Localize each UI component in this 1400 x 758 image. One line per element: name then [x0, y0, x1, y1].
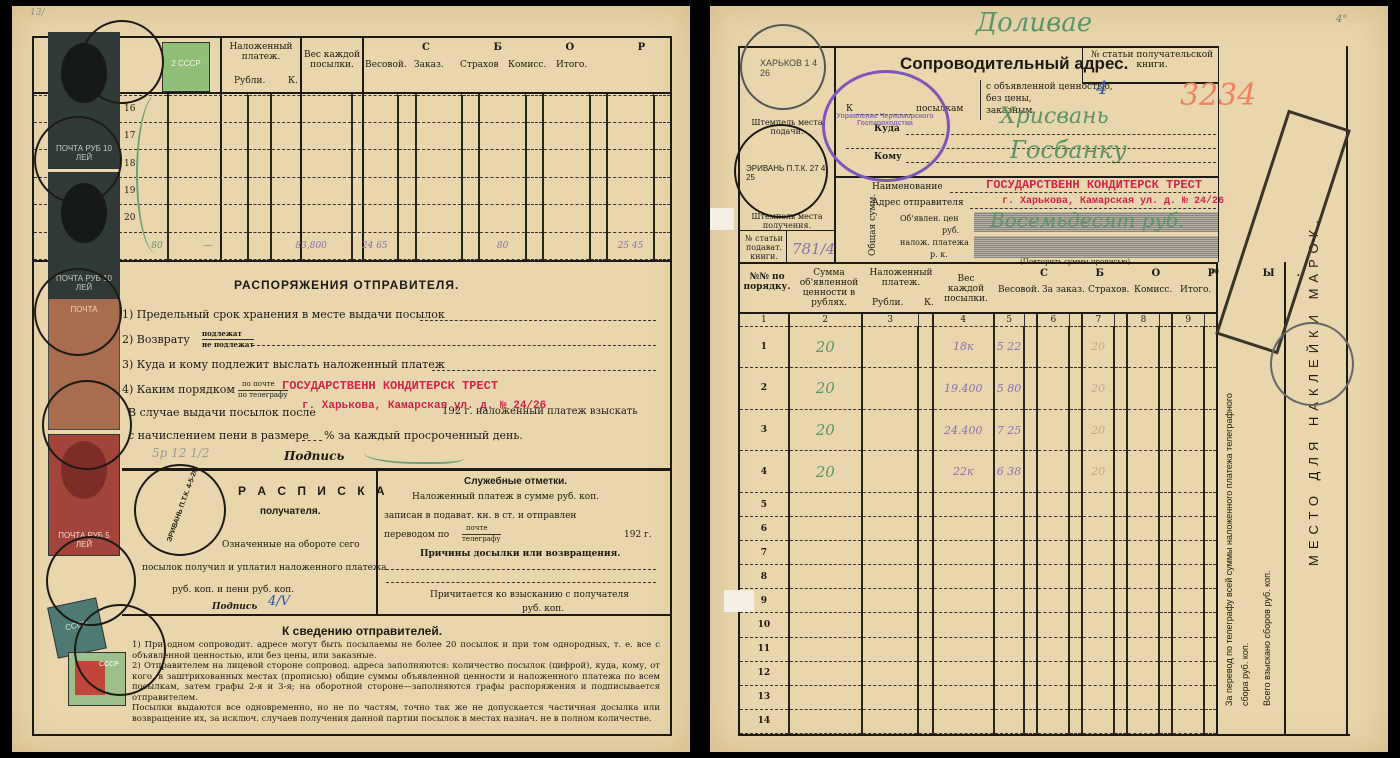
- service-line1: Наложенный платеж в сумме руб. коп.: [412, 492, 599, 502]
- header-cod-k: К.: [288, 76, 298, 86]
- telegraph-fee-line: сбора руб. коп.: [1240, 643, 1250, 706]
- service-opt-mail: почте: [466, 524, 488, 532]
- sender-address-value: г. Харькова, Камарская ул. д. № 24/26: [1002, 196, 1224, 207]
- order-late-delivery: В случае выдачи посылок после: [128, 406, 316, 419]
- sender-red-stamp-line1: ГОСУДАРСТВЕНН КОНДИТЕРСК ТРЕСТ: [282, 379, 498, 393]
- purple-seal: Управление Черноморского Госпароходства: [822, 70, 950, 182]
- paper-tape: [724, 590, 754, 612]
- service-marks-title: Служебные отметки.: [464, 476, 567, 487]
- total-total: 25 45: [607, 232, 653, 259]
- column-number-10: 10: [1210, 268, 1219, 276]
- notice-title: К сведению отправителей.: [282, 624, 442, 638]
- total-sums-label: Общая сумм.: [868, 194, 878, 256]
- pen-squiggle: [136, 94, 178, 254]
- header-cod: Наложенный платеж.: [226, 42, 296, 62]
- header-no: №№ по порядку.: [742, 272, 792, 292]
- header-cod-rub: Рубли.: [872, 298, 903, 308]
- notice-paragraph-2: 2) Отправителем на лицевой стороне сопро…: [132, 661, 660, 703]
- name-value: ГОСУДАРСТВЕНН КОНДИТЕРСК ТРЕСТ: [986, 178, 1202, 192]
- header-commission: Комисс.: [508, 60, 546, 70]
- service-year: 192 г.: [624, 530, 652, 540]
- due-line: руб. коп.: [522, 604, 564, 614]
- postmark-circle: [1270, 322, 1354, 406]
- header-total: Итого.: [556, 60, 587, 70]
- table-row: 13: [740, 685, 1216, 709]
- whom-value: Госбанку: [1010, 136, 1127, 164]
- due-label: Причитается ко взысканию с получателя: [430, 590, 629, 600]
- service-opt-telegraph: телеграфу: [462, 534, 501, 543]
- sender-orders-title: РАСПОРЯЖЕНИЯ ОТПРАВИТЕЛЯ.: [234, 278, 459, 292]
- parcel-form-back: 13/ Наложенный платеж. Рубли. К. Вес каж…: [12, 6, 690, 752]
- service-line3: переводом по: [384, 530, 449, 540]
- table-row: 2 20 19.400 5 80 20: [740, 368, 1216, 410]
- sender-book-label: № статьи подават. книги.: [742, 234, 786, 261]
- sender-signature: [364, 444, 464, 464]
- table-row: 9: [740, 589, 1216, 613]
- name-label: Наименование: [872, 182, 943, 192]
- table-row: 10: [740, 613, 1216, 637]
- total-fees-line: Всего взыскано сборов руб. коп.: [1262, 570, 1272, 706]
- method-opt-mail: по почте: [242, 380, 275, 388]
- postmark-yerevan: ЭРИВАНЬ П.Т.К. 27 4 25: [734, 124, 828, 218]
- cod-rk: р. к.: [930, 250, 948, 259]
- table-row: 14: [740, 709, 1216, 733]
- accompanying-address-form: Доливае 4° Сопроводительный адрес. № ста…: [710, 6, 1388, 752]
- notice-paragraph-3: Посылки выдаются все одновременно, но не…: [132, 703, 660, 724]
- order-year-text: 192 г. наложенный платеж взыскать: [442, 406, 638, 417]
- table-row: 8: [740, 565, 1216, 589]
- receipt-signature-label: Подпись: [212, 602, 257, 612]
- total-weight: 83,800: [271, 232, 352, 259]
- repeat-note: (Повторить суммы прописью): [1020, 258, 1130, 266]
- header-cod-rub: Рубли.: [234, 76, 265, 86]
- notice-paragraph-1: 1) При одном сопроводит. адресе могут бы…: [132, 640, 660, 661]
- header-declared-value: Сумма об'явленной ценности в рублях.: [794, 268, 864, 308]
- header-insurance: Страхов.: [1088, 285, 1129, 295]
- declared-rub: руб.: [942, 226, 959, 235]
- header-commission: Комисс.: [1134, 285, 1172, 295]
- order-method: 4) Каким порядком: [122, 383, 235, 396]
- table-row: 3 20 24.400 7 25 20: [740, 409, 1216, 451]
- postmark-circle: [74, 604, 166, 696]
- cod-shaded-field: [974, 236, 1218, 258]
- paper-tape: [710, 208, 734, 230]
- declared-value: Восемьдесят руб.: [990, 208, 1185, 232]
- cod-label: налож. платежа: [900, 238, 969, 247]
- postmark-kharkov: ХАРЬКОВ 1 4 26: [740, 24, 826, 110]
- header-weight: Вес каждой посылки.: [302, 50, 362, 70]
- sender-signature-label: Подпись: [284, 449, 344, 463]
- postmark-yerevan: ЭРИВАНЬ П.Т.К. 4-5-26: [134, 464, 226, 556]
- header-insurance: Страхов: [460, 60, 499, 70]
- receipt-signature: 4/V: [268, 594, 290, 609]
- parcel-type-no-value: без цены,: [986, 94, 1032, 104]
- postmark-circle: [80, 20, 164, 104]
- parcel-type-declared: с объявленной ценностью,: [986, 82, 1113, 92]
- telegraph-fee-text: За перевод по телеграфу всей суммы налож…: [1224, 393, 1234, 706]
- table-row: 11: [740, 637, 1216, 661]
- table-row: 12: [740, 661, 1216, 685]
- corner-mark: 4°: [1336, 14, 1347, 25]
- total-insurance: 80: [479, 232, 525, 259]
- order-cod-recipient: 3) Куда и кому подлежит выслать наложенн…: [122, 358, 445, 371]
- postage-stamp-green: 2 СССР: [162, 42, 210, 92]
- order-penalty: с начислением пени в размере: [128, 429, 309, 442]
- header-registered: Заказ.: [414, 60, 444, 70]
- header-weight-fee: Весовой.: [365, 60, 407, 70]
- header-registered: За заказ.: [1042, 285, 1085, 295]
- sender-book-value: 781/4: [792, 240, 835, 258]
- return-opt-no: не подлежат: [202, 339, 254, 349]
- header-weight: Вес каждой посылки.: [938, 274, 994, 304]
- header-cod-k: К.: [924, 298, 934, 308]
- header-weight-fee: Весовой.: [998, 285, 1040, 295]
- receiver-book-label: № статьи получательской книги.: [1090, 50, 1214, 70]
- return-opt-yes: подлежат: [202, 329, 242, 338]
- order-return: 2) Возврату: [122, 333, 190, 346]
- total-weight-fee: 24 65: [352, 232, 398, 259]
- service-line2: записан в подават. кн. в ст. и отправлен: [384, 511, 576, 521]
- table-row: 5: [740, 493, 1216, 517]
- receipt-line2: посылок получил и уплатил наложенного пл…: [142, 563, 387, 573]
- postmark-circle: [42, 380, 132, 470]
- total-cod: —: [168, 232, 248, 259]
- order-storage-term: 1) Предельный срок хранения в месте выда…: [122, 308, 445, 321]
- notice-text: 1) При одном сопроводит. адресе могут бы…: [132, 640, 660, 724]
- sender-address-label: Адрес отправителя: [872, 198, 964, 208]
- table-row: 4 20 22к 6 38 20: [740, 451, 1216, 493]
- order-penalty-suffix: % за каждый просроченный день.: [324, 429, 523, 442]
- postmark-circle: [34, 268, 122, 356]
- corner-note: 13/: [30, 8, 44, 18]
- table-row: 6: [740, 517, 1216, 541]
- parcels-count: 4: [1096, 78, 1107, 99]
- where-value: Хрисвань: [1000, 104, 1109, 129]
- receipt-subtitle: получателя.: [260, 506, 320, 517]
- rectangular-stamp: [1215, 110, 1351, 355]
- header-handwriting: Доливае: [976, 8, 1092, 38]
- pencil-note: 5р 12 1/2: [152, 446, 210, 460]
- declared-label: Об'явлен. цен: [900, 214, 959, 223]
- postmark-circle: [34, 116, 122, 204]
- table-row: 1 20 18к 5 22 20: [740, 326, 1216, 368]
- reasons-title: Причины досылки или возвращения.: [420, 549, 620, 559]
- receipt-title: Р А С П И С К А: [238, 484, 389, 498]
- method-opt-telegraph: по телеграфу: [238, 390, 288, 399]
- header-cod: Наложенный платеж.: [866, 268, 936, 288]
- header-total: Итого.: [1180, 285, 1211, 295]
- receipt-line1: Означенные на обороте сего: [222, 540, 360, 550]
- table-row: 7: [740, 541, 1216, 565]
